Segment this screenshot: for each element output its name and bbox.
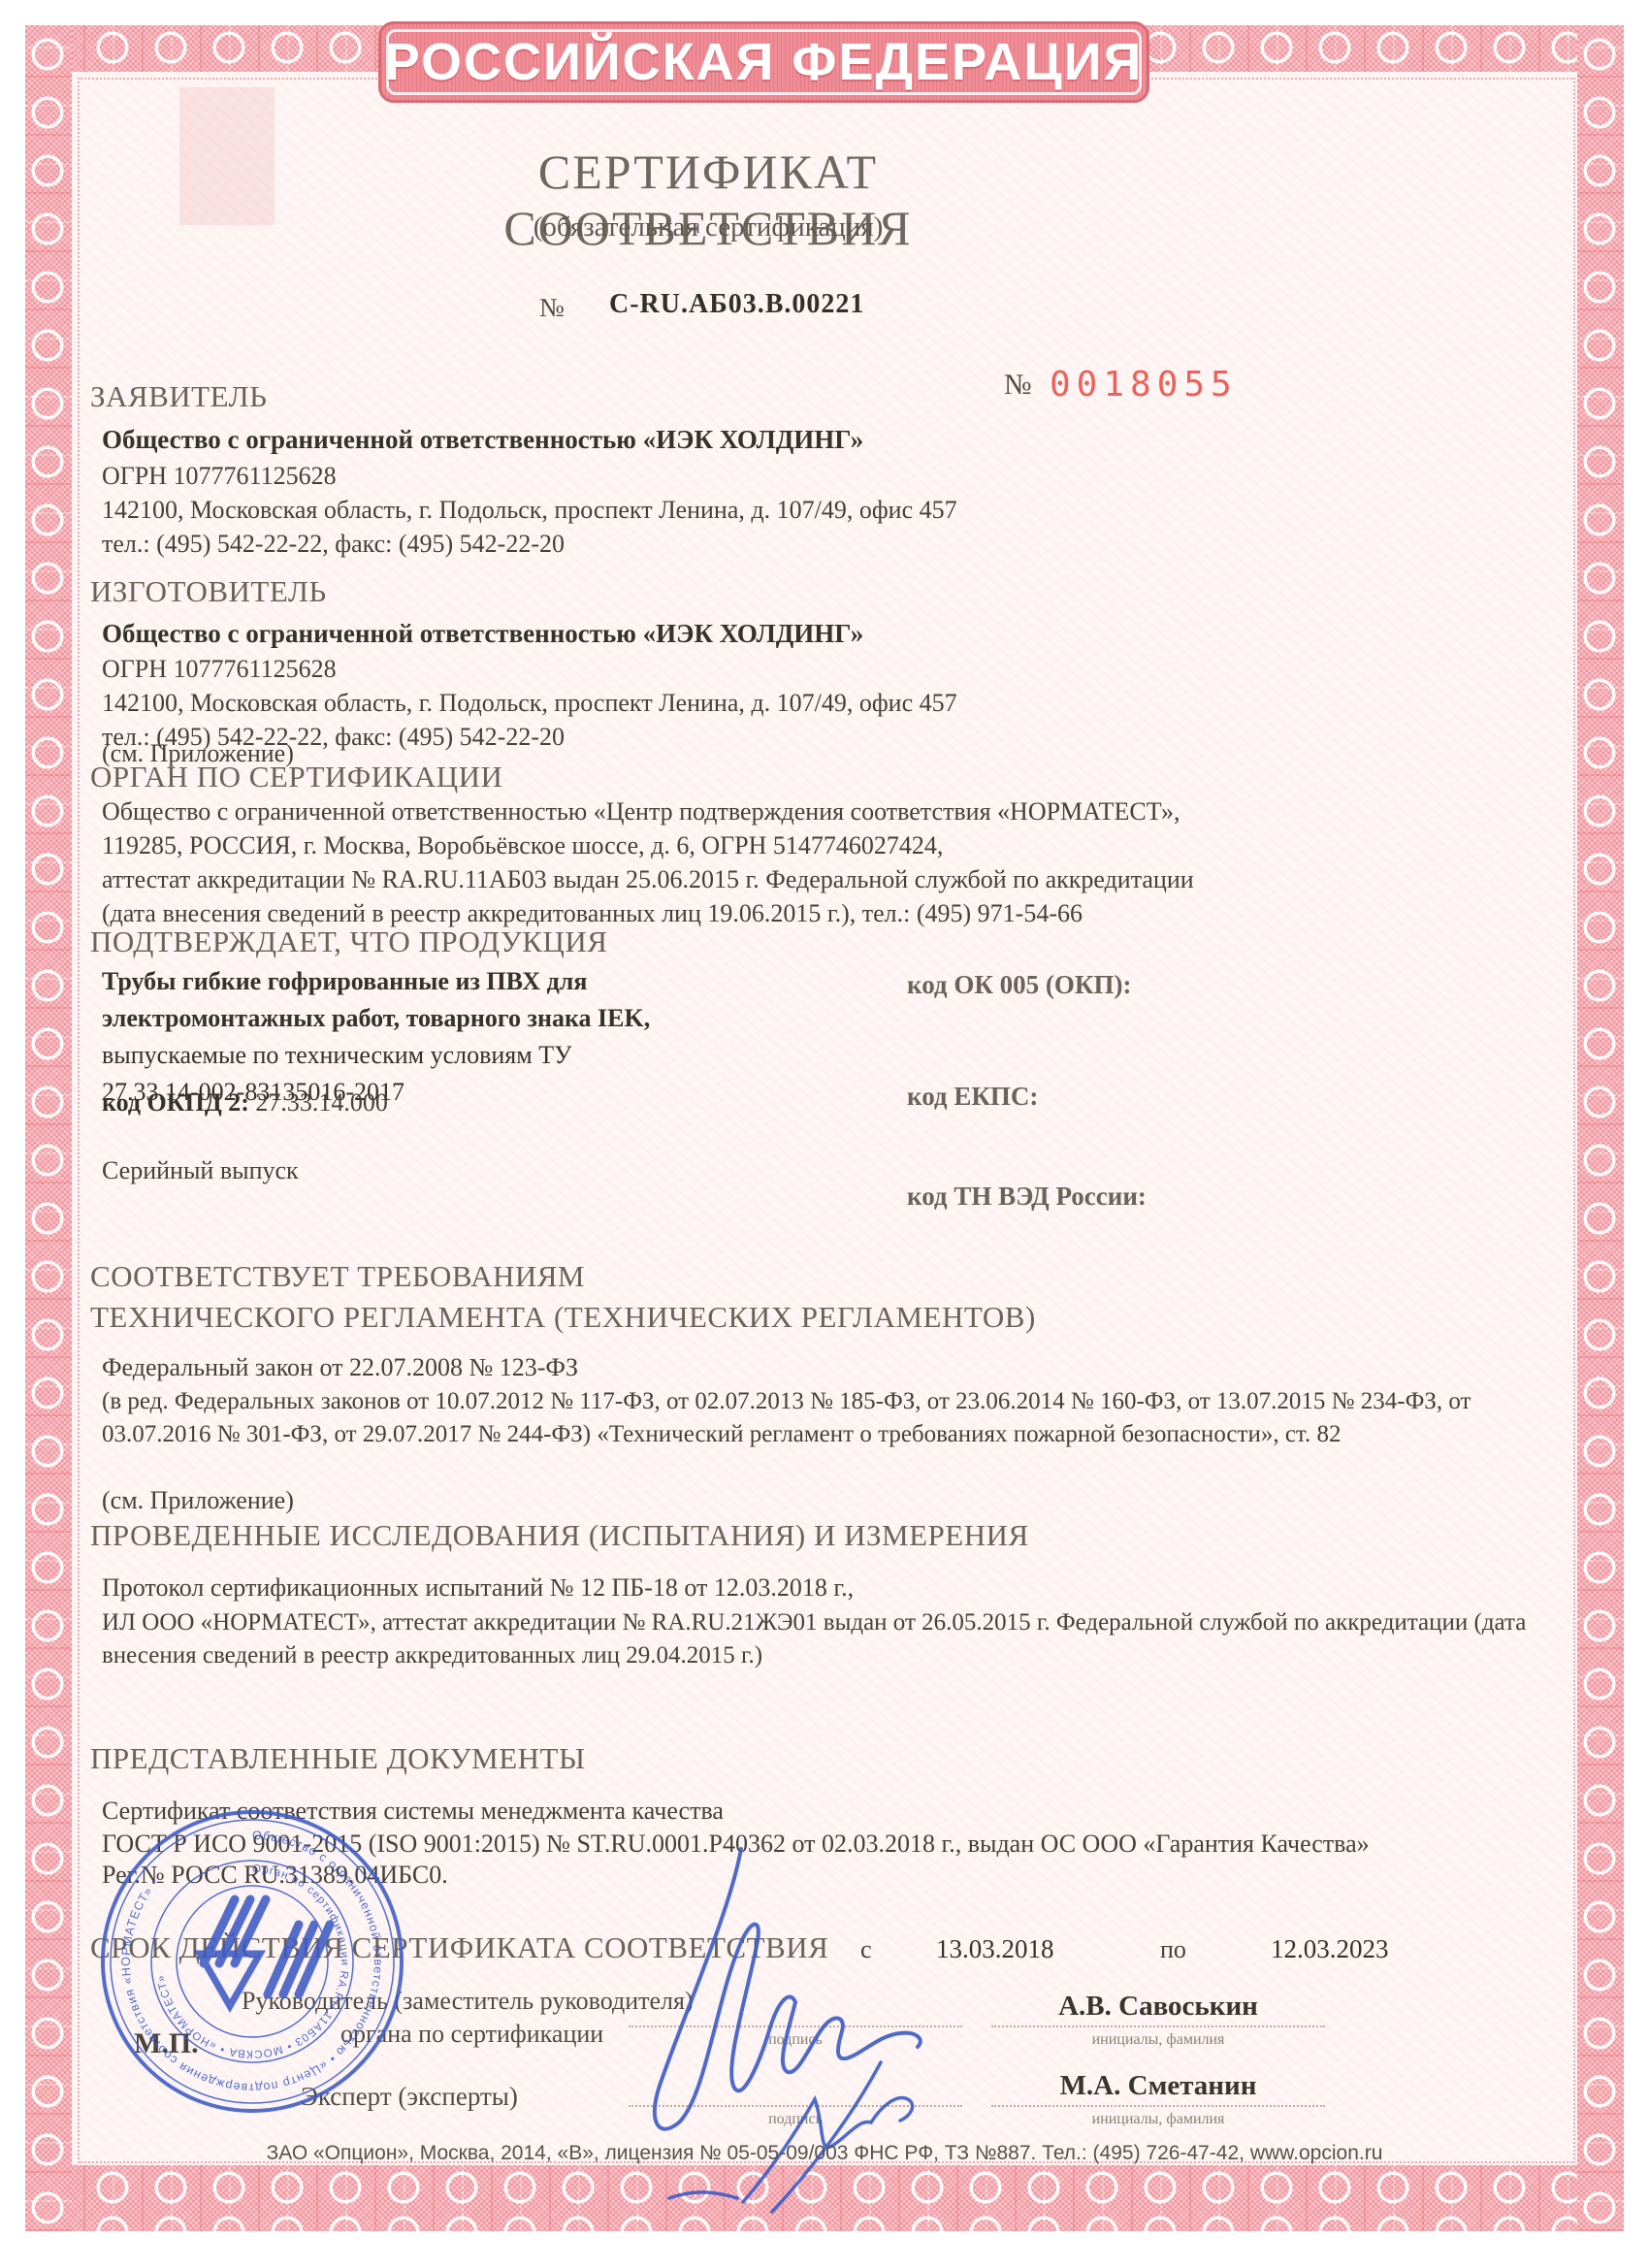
product-name-bold: Трубы гибкие гофрированные из ПВХ для эл…	[102, 967, 650, 1032]
manufacturer-name: Общество с ограниченной ответственностью…	[102, 619, 863, 649]
cert-body-line1: Общество с ограниченной ответственностью…	[102, 797, 1180, 826]
requirements-heading-line2: ТЕХНИЧЕСКОГО РЕГЛАМЕНТА (ТЕХНИЧЕСКИХ РЕГ…	[90, 1300, 1036, 1335]
border-ornament-right	[1577, 25, 1624, 2231]
head-name: А.В. Савоськин	[991, 1991, 1325, 2023]
stamp-logo	[200, 1899, 330, 2006]
tests-protocol: Протокол сертификационных испытаний № 12…	[102, 1573, 854, 1603]
border-ornament-bottom	[25, 2165, 1624, 2231]
expert-sign-caption: подпись	[629, 2111, 962, 2128]
applicant-ogrn: ОГРН 1077761125628	[102, 462, 337, 491]
blank-number-label: №	[1004, 369, 1032, 402]
validity-from-label: с	[860, 1935, 872, 1964]
org-round-stamp: Общество с ограниченной ответственностью…	[97, 1806, 407, 2117]
okp-code-label: код ОК 005 (ОКП):	[907, 970, 1131, 1000]
validity-from-date: 13.03.2018	[936, 1934, 1054, 1964]
product-heading: ПОДТВЕРЖДАЕТ, ЧТО ПРОДУКЦИЯ	[90, 924, 607, 959]
certificate-page: РОССИЙСКАЯ ФЕДЕРАЦИЯ СЕРТИФИКАТ СООТВЕТС…	[0, 0, 1649, 2268]
expert-signature-line	[629, 2105, 962, 2107]
certificate-number: C-RU.АБ03.В.00221	[609, 289, 864, 320]
head-sign-caption: подпись	[629, 2031, 962, 2049]
certificate-number-label: №	[539, 293, 565, 323]
applicant-address: 142100, Московская область, г. Подольск,…	[102, 496, 957, 525]
requirements-note: (см. Приложение)	[102, 1486, 294, 1515]
applicant-heading: ЗАЯВИТЕЛЬ	[90, 379, 267, 414]
print-house-footer: ЗАО «Опцион», Москва, 2014, «В», лицензи…	[242, 2142, 1406, 2165]
manufacturer-heading: ИЗГОТОВИТЕЛЬ	[90, 574, 327, 609]
tests-lab: ИЛ ООО «НОРМАТЕСТ», аттестат аккредитаци…	[102, 1606, 1537, 1672]
head-name-caption: инициалы, фамилия	[991, 2031, 1325, 2049]
cert-body-heading: ОРГАН ПО СЕРТИФИКАЦИИ	[90, 760, 502, 794]
ekps-code-label: код ЕКПС:	[907, 1082, 1038, 1112]
okpd-code-value: 27.33.14.000	[255, 1088, 388, 1117]
okpd-code-label: код ОКПД 2:	[102, 1088, 249, 1117]
expert-name-line	[991, 2105, 1325, 2107]
applicant-name: Общество с ограниченной ответственностью…	[102, 425, 863, 455]
tnved-code-label: код ТН ВЭД России:	[907, 1182, 1147, 1212]
head-signature-line	[629, 2025, 962, 2027]
requirements-heading-line1: СООТВЕТСТВУЕТ ТРЕБОВАНИЯМ	[90, 1259, 585, 1294]
country-banner: РОССИЙСКАЯ ФЕДЕРАЦИЯ	[378, 21, 1149, 103]
tests-heading: ПРОВЕДЕННЫЕ ИССЛЕДОВАНИЯ (ИСПЫТАНИЯ) И И…	[90, 1518, 1029, 1553]
validity-to-label: по	[1160, 1935, 1186, 1964]
okpd-code-row: код ОКПД 2: 27.33.14.000	[102, 1088, 388, 1118]
requirements-amendments: (в ред. Федеральных законов от 10.07.201…	[102, 1385, 1557, 1451]
pink-watermark-rect	[179, 87, 275, 225]
validity-to-date: 12.03.2023	[1271, 1934, 1389, 1964]
documents-heading: ПРЕДСТАВЛЕННЫЕ ДОКУМЕНТЫ	[90, 1741, 586, 1776]
blank-number: 0018055	[1050, 365, 1238, 405]
expert-name-caption: инициалы, фамилия	[991, 2111, 1325, 2128]
document-subtitle: (обязательная сертификация)	[330, 211, 1086, 243]
country-banner-label: РОССИЙСКАЯ ФЕДЕРАЦИЯ	[385, 32, 1144, 92]
expert-name: М.А. Сметанин	[991, 2070, 1325, 2102]
applicant-phone: тел.: (495) 542-22-22, факс: (495) 542-2…	[102, 530, 565, 559]
border-ornament-left	[25, 25, 72, 2231]
serial-production-label: Серийный выпуск	[102, 1156, 299, 1185]
cert-body-line2: 119285, РОССИЯ, г. Москва, Воробьёвское …	[102, 831, 943, 860]
cert-body-line3: аттестат аккредитации № RA.RU.11АБ03 выд…	[102, 865, 1194, 894]
manufacturer-address: 142100, Московская область, г. Подольск,…	[102, 689, 957, 718]
manufacturer-ogrn: ОГРН 1077761125628	[102, 655, 337, 684]
head-name-line	[991, 2025, 1325, 2027]
requirements-law: Федеральный закон от 22.07.2008 № 123-ФЗ	[102, 1353, 578, 1382]
